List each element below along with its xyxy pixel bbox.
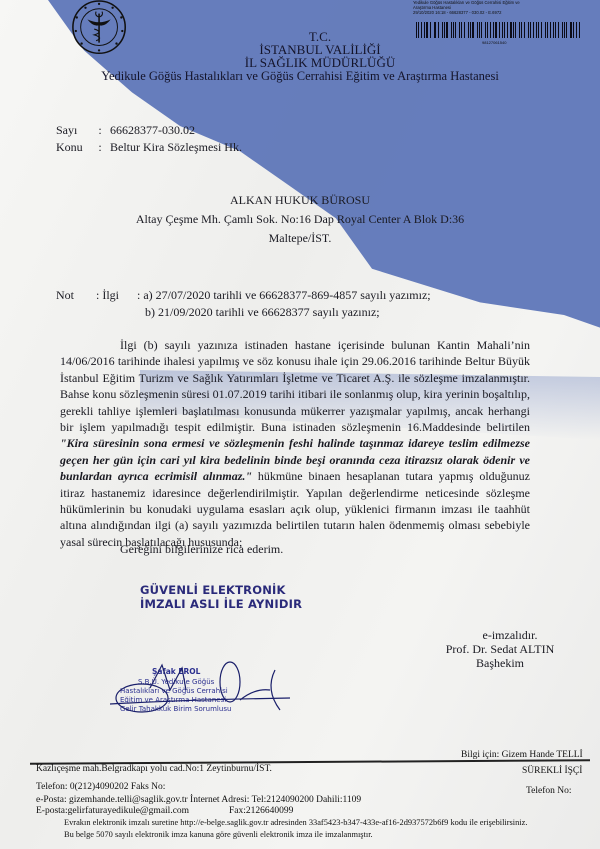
- body-paragraph-2: Gereğini bilgilerinize rica ederim.: [60, 541, 530, 557]
- e-signed-status: e-imzalıdır.: [420, 628, 600, 642]
- stamp-line-2: İMZALI ASLI İLE AYNIDIR: [140, 597, 302, 611]
- stamp-line-2: Hastalıkları ve Göğüs Cerrahisi: [120, 687, 228, 695]
- separator: :: [90, 123, 110, 138]
- stamp-line-1: GÜVENLİ ELEKTRONİK: [140, 583, 302, 597]
- ilgi-label: : İlgi: [96, 288, 119, 303]
- footer-phone: Telefon: 0(212)4090202 Faks No:: [36, 782, 165, 792]
- footer-email: e-Posta: gizemhande.telli@saglik.gov.tr …: [36, 795, 361, 805]
- footer-email-2: E-posta:gelirfaturayedikule@gmail.com: [36, 806, 189, 816]
- body-paragraph-1: İlgi (b) sayılı yazınıza istinaden hasta…: [60, 337, 530, 550]
- footer-fax: Fax:2126640099: [229, 806, 293, 816]
- sayi-value: 66628377-030.02: [110, 123, 195, 138]
- ilgi-item-a: : a) 27/07/2020 tarihli ve 66628377-869-…: [137, 288, 431, 303]
- signatory-title: Başhekim: [410, 656, 590, 670]
- footer-info-role: SÜREKLİ İŞÇİ: [522, 766, 582, 776]
- handwritten-signature-stamp: Şafak EROL S.B.Ü. Yedikule Göğüs Hastalı…: [90, 660, 290, 750]
- header-directorate: İL SAĞLIK MÜDÜRLÜĞÜ: [20, 56, 600, 69]
- footer-info-contact: Bilgi için: Gizem Hande TELLİ: [461, 750, 583, 760]
- recipient-address-line-2: Maltepe/İST.: [0, 231, 600, 246]
- recipient-name: ALKAN HUKUK BÜROSU: [0, 193, 600, 208]
- konu-value: Beltur Kira Sözleşmesi Hk.: [110, 140, 242, 155]
- footer-email-line: e-Posta: gizemhande.telli@saglik.gov.tr …: [36, 795, 361, 805]
- body-text-start: İlgi (b) sayılı yazınıza istinaden hasta…: [60, 338, 530, 434]
- signatory-name: Prof. Dr. Sedat ALTIN: [410, 642, 590, 656]
- konu-label: Konu: [56, 140, 90, 155]
- stamp-name: Şafak EROL: [152, 667, 201, 676]
- footer-law-notice: Bu belge 5070 sayılı elektronik imza kan…: [64, 830, 373, 839]
- sayi-row: Sayı : 66628377-030.02: [56, 123, 195, 138]
- konu-row: Konu : Beltur Kira Sözleşmesi Hk.: [56, 140, 242, 155]
- ilgi-item-b: b) 21/09/2020 tarihli ve 66628377 sayılı…: [145, 305, 380, 320]
- footer-address: Kazlıçeşme mah.Belgradkapı yolu cad.No:1…: [36, 764, 272, 774]
- sayi-label: Sayı: [56, 123, 90, 138]
- footer-verification: Evrakın elektronik imzalı suretine http:…: [64, 818, 527, 827]
- note-label: Not: [56, 288, 74, 303]
- secure-e-signature-stamp: GÜVENLİ ELEKTRONİK İMZALI ASLI İLE AYNID…: [140, 583, 302, 611]
- closing-request: Gereğini bilgilerinize rica ederim.: [120, 542, 283, 556]
- footer-phone-label-right: Telefon No:: [526, 786, 572, 796]
- separator: :: [90, 140, 110, 155]
- barcode-line-3: 29/10/2020 16:18 - 66628377 - 030.02 - E…: [413, 10, 593, 15]
- recipient-address-line-1: Altay Çeşme Mh. Çamlı Sok. No:16 Dap Roy…: [0, 212, 600, 227]
- header-institution: Yedikule Göğüs Hastalıkları ve Göğüs Cer…: [0, 70, 600, 83]
